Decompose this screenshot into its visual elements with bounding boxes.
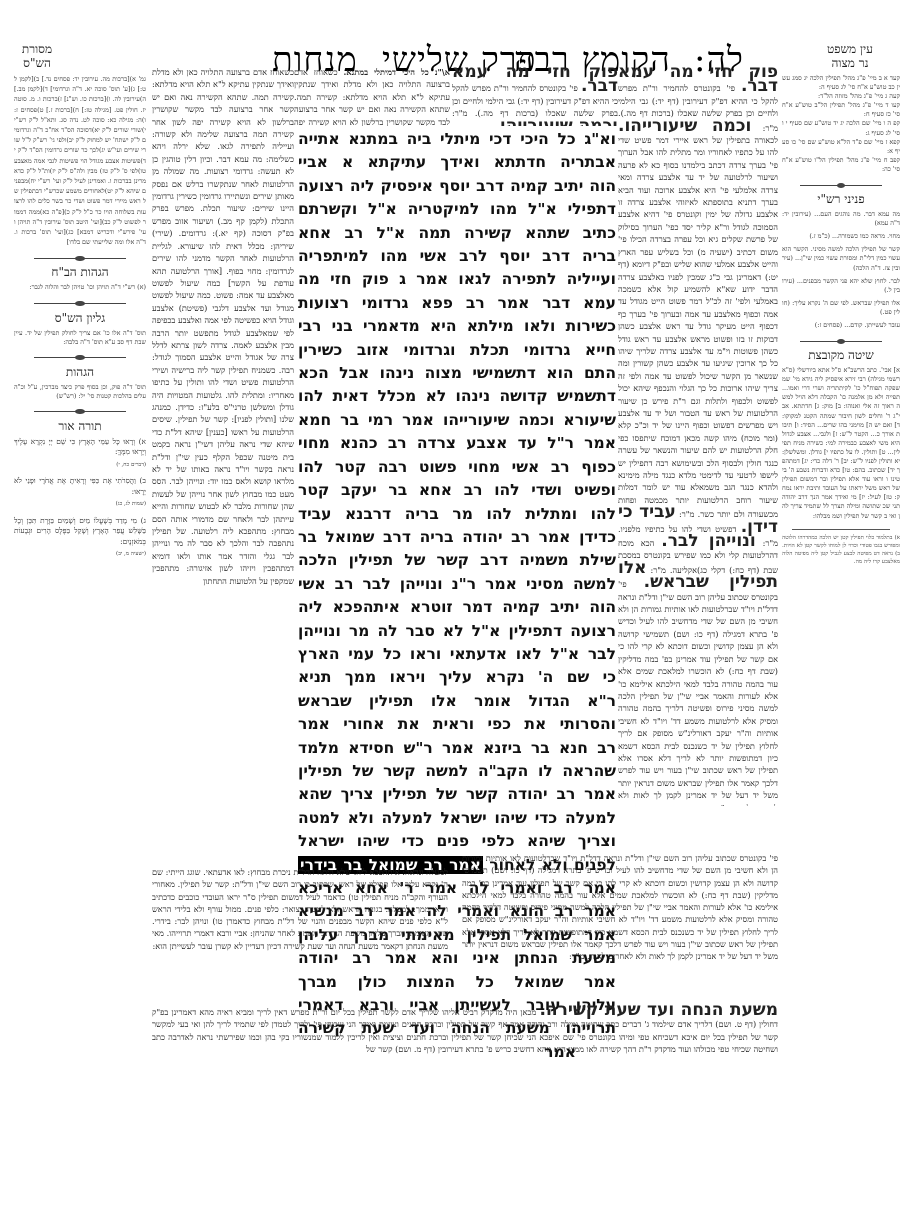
rashi-insert-title: פניני רש"י <box>782 192 900 207</box>
hagahot-text: תוס' ד"ה פוק, וכן בסוף פרק כיצד מברכין, … <box>14 383 146 401</box>
gemara-line: להו ומתלית להו מר בריה דרבנא עביד <box>298 503 616 526</box>
gemara-line: שילת משמיה דרב קשר של תפילין הלכה <box>298 549 616 572</box>
ornament-divider <box>14 255 146 261</box>
rashi-insert-entry: מה עמא דבר. מה נוהגים העם... (עירובין יד… <box>782 210 900 228</box>
gilyon-hashas-title: גליון הש"ס <box>14 311 146 326</box>
rashi-insert-entry: אלו תפילין שבראש. לפי שם ה' נקרא עליך: (… <box>782 299 900 317</box>
tosafot-dibur-hamatchil: משעת הנחה ועד שעת קשירה. <box>539 1004 778 1020</box>
gemara-line: הוה יתיב קמיה דמר זוטרא איתהפכא ליה <box>298 596 616 619</box>
gemara-line: בריה דרב יוסף לרב אשי מהו למיתפריה <box>298 245 616 268</box>
gemara-line: כפוף רב אשי מחוי פשוט רבה קטר להו <box>298 456 616 479</box>
gemara-line: כתיב שתהא קשירה תמה א"ל רב אחא <box>298 222 616 245</box>
gemara-line: שהראה לו הקב"ה למשה קשר של תפילין <box>298 760 616 783</box>
ornament-divider <box>782 182 900 188</box>
gemara-line: דתשמיש קדושה נינהו לא מכלל דאית להו <box>298 385 616 408</box>
hagahot-title: הגהות <box>14 365 146 380</box>
tosafot-bottom-block: פי' בקונטרס שכתוב עליהן רוב השם שי"ן ודל… <box>462 852 778 1002</box>
gemara-line: וצריך שיהא כלפי פנים כדי שיהו ישראל <box>298 830 616 853</box>
torah-or-verse: א) וְרָאוּ כָּל עַמֵּי הָאָרֶץ כִּי שֵׁם… <box>14 437 146 560</box>
gemara-line: ר"א הגדול אומר אלו תפילין שבראש <box>298 690 616 713</box>
gilyon-hashas-text: תוס' ד"ה אלו כו' אם צריך לחולק תפילין של… <box>14 329 146 347</box>
gemara-line: והסרותי את כפי וראית את אחורי אמר <box>298 713 616 736</box>
gemara-line: הוה יתיב קמיה דרב יוסף איפסיק ליה רצועה <box>298 175 616 198</box>
masoret-hashas-text: גמ' א)[ברכות מה. עירובין יד: פסחים נד.] … <box>14 74 146 247</box>
ornament-divider <box>14 301 146 307</box>
ein-mishpat-label: עין משפט נר מצוה <box>810 42 890 70</box>
rashi-top-block: א\"נ כל היכי דמיתלי במתנא. כשאוחז אדם בר… <box>294 66 450 126</box>
ein-mishpat-entry: קעה ג מיי' פ"ג מהל' מזוזה הל"ד: <box>782 92 900 101</box>
divider-line <box>792 529 890 530</box>
ein-mishpat-entry: קעו ד מיי' פ"ג מהל' תפילין הל"ב טוש"ע א"… <box>782 101 900 119</box>
gemara-line: שיעורא וכמה שיעורייהו אמר רמי בר חמא <box>298 409 616 432</box>
shita-title: שיטה מקובצת <box>782 348 900 363</box>
gemara-line: למעלה כדי שיהו ישראל למעלה ולא למטה <box>298 807 616 830</box>
hagahot-habach-title: הגהות הב"ח <box>14 265 146 280</box>
gemara-line: ופשיט ושדי להו רב אחא בר יעקב קטר <box>298 479 616 502</box>
rashi-bottom-block: למעלה ונראה: איתהפכא ליה. שלא היתה הדל"ת… <box>152 866 448 996</box>
gemara-line: אמר ר"ל עד אצבע צרדה רב כהנא מחוי <box>298 432 616 455</box>
gemara-line: התם הוא דתשמישי מצוה נינהו אבל הכא <box>298 362 616 385</box>
rashi-insert-entry: קשר של תפילין הלכה למשה מסיני. הקשר הוא … <box>782 245 900 272</box>
rashi-insert-entry: לבר. לחוץ שלא יהא פני הקשר מבפנים... (עי… <box>782 277 900 295</box>
gemara-line: כי שם ה' נקרא עליך ויראו ממך תניא <box>298 666 616 689</box>
ein-mishpat-entry: קעד א ב מיי' פ"ג מהל' תפילין הלכה יג סמג… <box>782 74 900 92</box>
gemara-line: דתפילי א"ל מהו למיקטריה א"ל וקשרתם <box>298 198 616 221</box>
gemara-line: עמא דבר אמר רב פפא גרדומי רצועות <box>298 292 616 315</box>
ornament-divider <box>14 355 146 361</box>
tosafot-wide-block: משעת הנחה ועד שעת קשירה. מכאן היה מדקדק … <box>152 1004 778 1124</box>
hagahot-habach-text: (א) רש"י ד"ה תויהן וכו' טויהן לבר והלוה … <box>14 283 146 292</box>
gemara-line: אבתריה חדתתא ואידך עתיקתא א אביי <box>298 151 616 174</box>
ein-mishpat-entry: קפא ז מיי' שם פ"ד הל"א טוש"ע שם סי' כו ס… <box>782 138 900 156</box>
tosafot-dibur-hamatchil: ונוייהן לבר. <box>661 531 755 551</box>
rashi-insert-entry: עובר לעשייתן. קודם... (פסחים ז:) <box>782 321 900 330</box>
gemara-line: רצועה דתפילין א"ל לא סבר לה מר ונוייהן <box>298 620 616 643</box>
tosafot-column: פוק חזי מה עמא דבר. פי' בקונטרס להחמיר ו… <box>618 66 778 806</box>
gemara-line: לבר א"ל לאו אדעתאי וראו כל עמי הארץ <box>298 643 616 666</box>
gemara-line: רב חנא בר ביזנא אמר ר"ש חסידא מלמד <box>298 737 616 760</box>
ein-mishpat-entry: קפב ח מיי' פ"ג מהל' תפילין הל"ו טוש"ע א"… <box>782 156 900 174</box>
gemara-line: כשירות ולאו מילתא היא מדאמרי בני רבי <box>298 315 616 338</box>
gemara-line: למשה מסיני אמר ר"נ ונוייהן לבר רב אשי <box>298 573 616 596</box>
tosafot-dibur-hamatchil: וכמה שיעורייהו. <box>618 116 751 136</box>
shita-text: א] אבי'. כתב הרשב"א ס"ל אתא ביורשלי (ס"א… <box>782 366 900 521</box>
masoret-hashas-column: גמ' א)[ברכות מה. עירובין יד: פסחים נד.] … <box>14 74 146 566</box>
rashi-insert-entry: מחוי. מראה כמו כשמורה... (כ"מ ז.) <box>782 232 900 241</box>
ornament-divider <box>782 338 900 344</box>
ornament-divider <box>14 409 146 415</box>
gemara-line: כדידן אמר רב יהודה בריה דרב שמואל בר <box>298 526 616 549</box>
gemara-line: וא"ג כל היכי דכי מיתלי ביה במתנא אתייה <box>298 128 616 151</box>
gemara-line: אמר רב יהודה קשר של תפילין צריך שהא <box>298 783 616 806</box>
shita-footnote: א) בתלמוד כלוי תפילין קטן יש הלכה כמהדרה… <box>782 534 900 567</box>
rashi-column: כשאוחז אדם ברצועה התלויה כאן ולא מדלת וא… <box>152 66 294 806</box>
ein-mishpat-column: קעד א ב מיי' פ"ג מהל' תפילין הלכה יג סמג… <box>782 74 900 566</box>
gemara-line: חייא גרדומי תכלת וגרדומי אזוב כשירין <box>298 339 616 362</box>
tosafot-top-block: פוק חזי מה עמא דבר. פי' בקונטרס להחמיר ו… <box>452 66 618 126</box>
torah-or-title: תורה אור <box>14 419 146 434</box>
masoret-hashas-label: מסורת הש"ס <box>12 42 62 70</box>
tosafot-dibur-hamatchil: אלו תפילין שבראש. <box>618 558 778 592</box>
ein-mishpat-entry: קפ ה ו מיי' שם הלכה יג יד טוש"ע שם סעיף … <box>782 119 900 137</box>
gemara-line: ועייליה לתפירה לגאו אמר ג פוק חזי מה <box>298 268 616 291</box>
